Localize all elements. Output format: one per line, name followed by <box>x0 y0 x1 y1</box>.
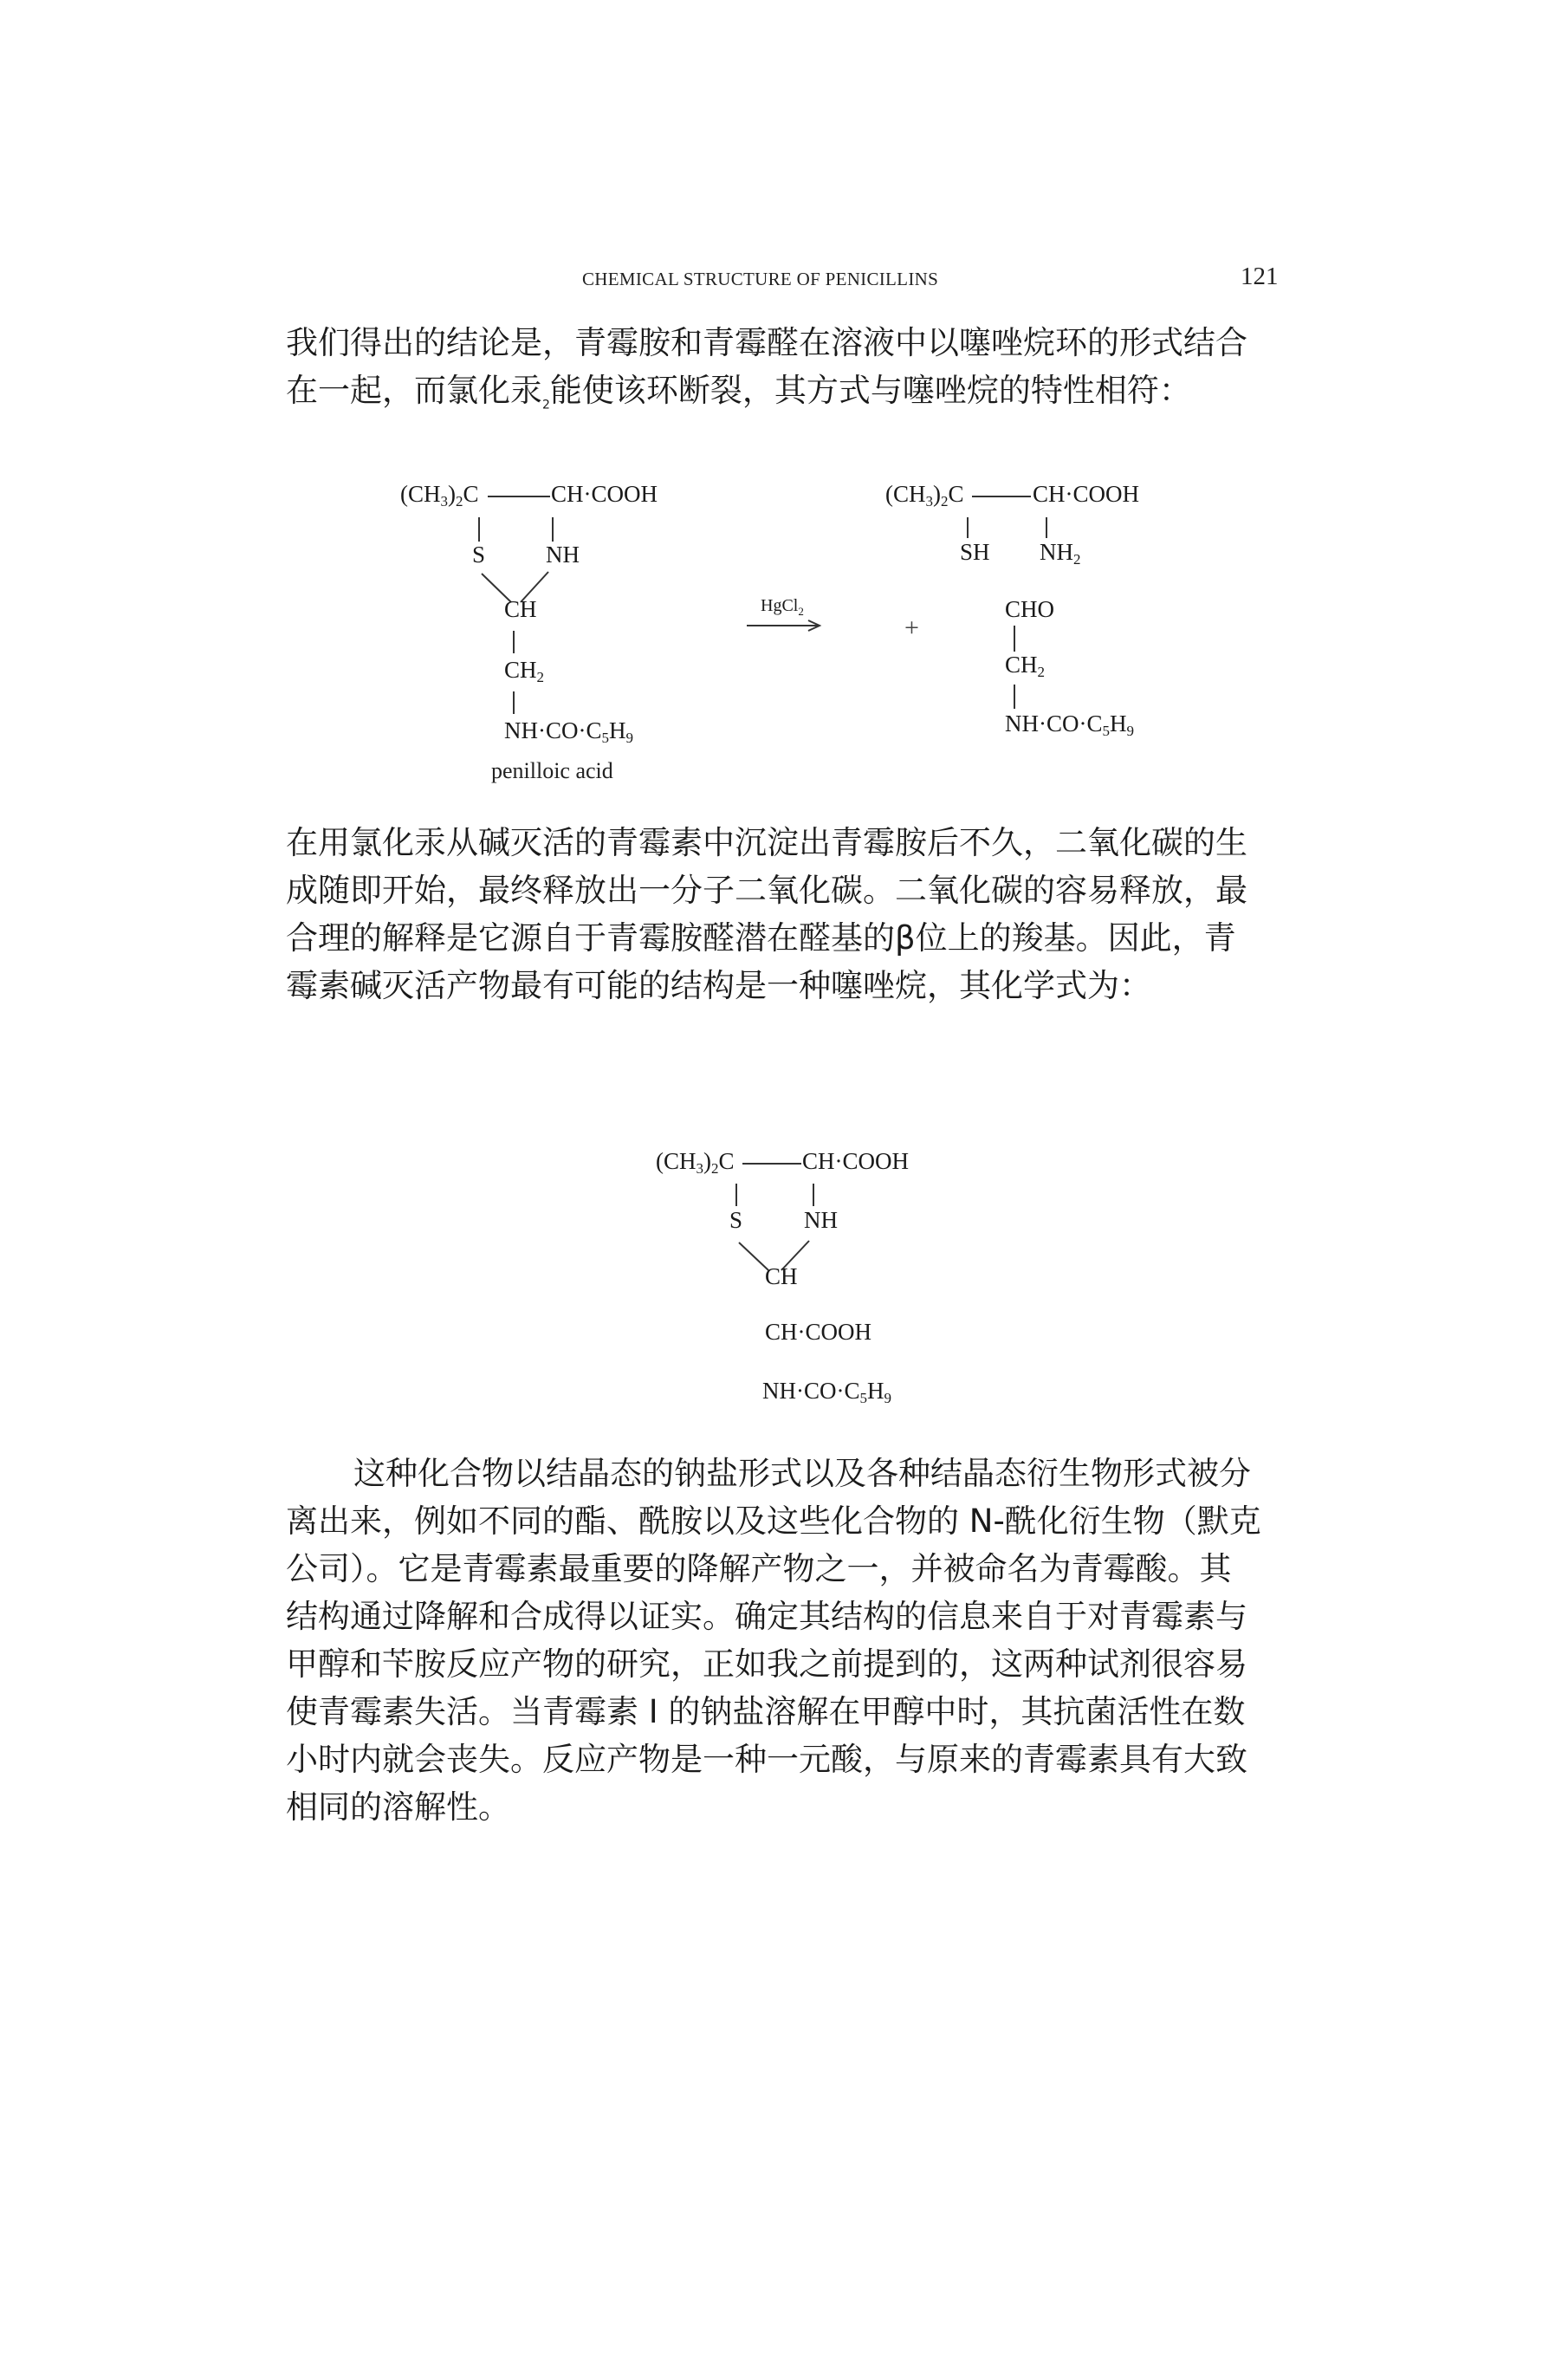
paragraph-3-line-2: 离出来，例如不同的酯、酰胺以及这些化合物的 N-酰化衍生物（默克 <box>286 1497 1291 1545</box>
structure-2-ring-bonds <box>0 0 1568 1473</box>
paragraph-3: 这种化合物以结晶态的钠盐形式以及各种结晶态衍生物形式被分 离出来，例如不同的酯、… <box>286 1450 1291 1831</box>
structure-2-bridge-ch: CH <box>765 1263 798 1290</box>
paragraph-3-line-8: 相同的溶解性。 <box>286 1783 1291 1831</box>
paragraph-3-line-4: 结构通过降解和合成得以证实。确定其结构的信息来自于对青霉素与 <box>286 1593 1291 1640</box>
structure-2-side-chain: NH·CO·C5H9 <box>762 1378 891 1405</box>
structure-2-ch-cooh: CH·COOH <box>765 1319 871 1346</box>
paragraph-3-line-6: 使青霉素失活。当青霉素 I 的钠盐溶解在甲醇中时，其抗菌活性在数 <box>286 1688 1291 1736</box>
paragraph-3-line-7: 小时内就会丧失。反应产物是一种一元酸，与原来的青霉素具有大致 <box>286 1736 1291 1783</box>
paragraph-3-line-1: 这种化合物以结晶态的钠盐形式以及各种结晶态衍生物形式被分 <box>286 1450 1291 1497</box>
paragraph-3-line-5: 甲醇和苄胺反应产物的研究，正如我之前提到的，这两种试剂很容易 <box>286 1640 1291 1688</box>
paragraph-3-line-3: 公司）。它是青霉素最重要的降解产物之一，并被命名为青霉酸。其 <box>286 1545 1291 1593</box>
thiazolidine-structure: (CH3)2C CH·COOH S NH CH CH·COOH NH·CO·C5… <box>0 0 1568 1473</box>
